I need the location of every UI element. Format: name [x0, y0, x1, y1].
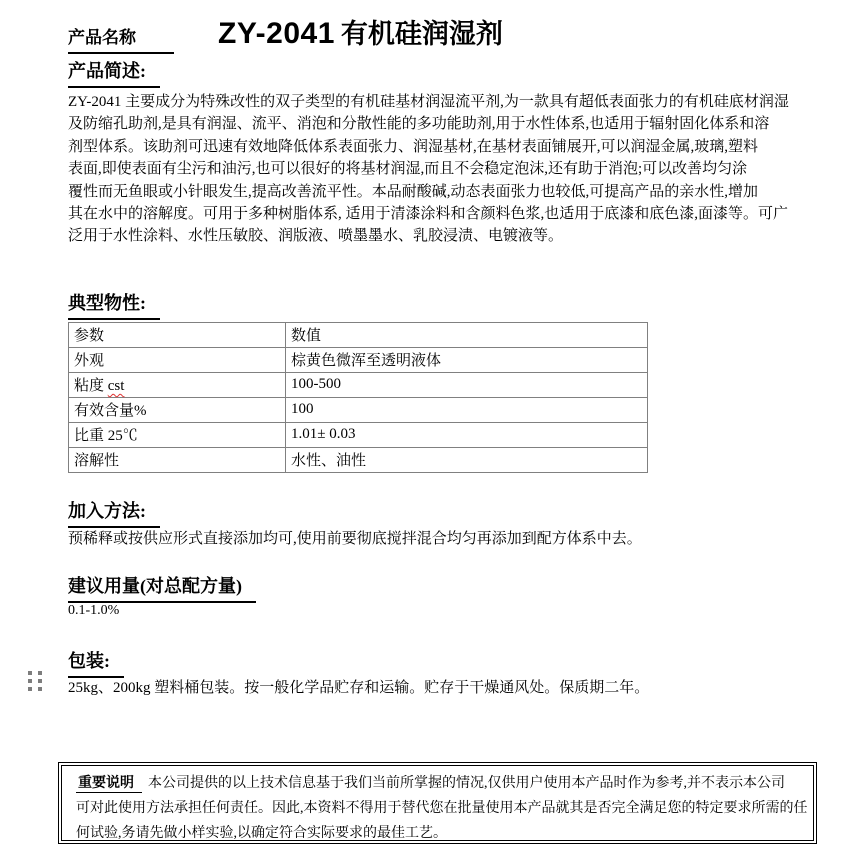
note-text: 本公司提供的以上技术信息基于我们当前所掌握的情况,仅供用户使用本产品时作为参考,…	[148, 776, 785, 791]
product-name-label: 产品名称	[68, 23, 174, 54]
note-line: 可对此使用方法承担任何责任。因此,本资料不得用于替代您在批量使用本产品就其是否完…	[76, 796, 801, 821]
table-cell-value: 数值	[286, 323, 648, 348]
table-cell-param: 参数	[69, 323, 286, 348]
overview-line: ZY-2041 主要成分为特殊改性的双子类型的有机硅基材润湿流平剂,为一款具有超…	[68, 91, 853, 113]
properties-heading: 典型物性:	[68, 289, 160, 320]
table-cell-param: 有效含量%	[69, 398, 286, 423]
table-cell-value: 棕黄色微浑至透明液体	[286, 348, 648, 373]
document-header: 产品名称 ZY-2041有机硅润湿剂	[68, 12, 503, 54]
dosage-text: 0.1-1.0%	[68, 603, 119, 619]
table-cell-value: 100	[286, 398, 648, 423]
packaging-heading: 包装:	[68, 647, 124, 678]
overview-paragraph: ZY-2041 主要成分为特殊改性的双子类型的有机硅基材润湿流平剂,为一款具有超…	[68, 91, 853, 248]
note-line: 何试验,务请先做小样实验,以确定符合实际要求的最佳工艺。	[76, 821, 801, 846]
overview-line: 泛用于水性涂料、水性压敏胶、润版液、喷墨墨水、乳胶浸渍、电镀液等。	[68, 225, 853, 247]
packaging-text: 25kg、200kg 塑料桶包装。按一般化学品贮存和运输。贮存于干燥通风处。保质…	[68, 676, 649, 697]
overview-line: 剂型体系。该助剂可迅速有效地降低体系表面张力、润湿基材,在基材表面铺展开,可以润…	[68, 136, 853, 158]
table-cell-value: 1.01± 0.03	[286, 423, 648, 448]
overview-line: 及防缩孔助剂,是具有润湿、流平、消泡和分散性能的多功能助剂,用于水性体系,也适用…	[68, 113, 853, 135]
table-row-viscosity: 粘度 cst 100-500	[69, 373, 648, 398]
note-title: 重要说明	[76, 776, 142, 793]
dosage-heading: 建议用量(对总配方量)	[68, 572, 256, 603]
addition-text: 预稀释或按供应形式直接添加均可,使用前要彻底搅拌混合均匀再添加到配方体系中去。	[68, 527, 642, 548]
param-unit-misspelled: cst	[108, 378, 125, 394]
table-cell-param: 溶解性	[69, 448, 286, 473]
table-row-solubility: 溶解性 水性、油性	[69, 448, 648, 473]
overview-line: 覆性而无鱼眼或小针眼发生,提高改善流平性。本品耐酸碱,动态表面张力也较低,可提高…	[68, 181, 853, 203]
table-cell-param: 粘度 cst	[69, 373, 286, 398]
product-title-cn: 有机硅润湿剂	[341, 19, 503, 49]
overview-line: 其在水中的溶解度。可用于多种树脂体系, 适用于清漆涂料和含颜料色浆,也适用于底漆…	[68, 203, 853, 225]
table-cell-value: 水性、油性	[286, 448, 648, 473]
properties-table: 参数 数值 外观 棕黄色微浑至透明液体 粘度 cst 100-500 有效含量%…	[68, 322, 648, 473]
dot	[28, 687, 32, 691]
param-text: 粘度	[74, 378, 104, 394]
drag-handle-icon	[28, 671, 42, 691]
dot	[38, 671, 42, 675]
table-cell-param: 外观	[69, 348, 286, 373]
important-note-box: 重要说明本公司提供的以上技术信息基于我们当前所掌握的情况,仅供用户使用本产品时作…	[58, 762, 817, 844]
addition-heading: 加入方法:	[68, 497, 160, 528]
product-code: ZY-2041	[218, 17, 335, 50]
note-line: 重要说明本公司提供的以上技术信息基于我们当前所掌握的情况,仅供用户使用本产品时作…	[76, 771, 801, 796]
table-cell-value: 100-500	[286, 373, 648, 398]
dot	[38, 687, 42, 691]
document-page: 产品名称 ZY-2041有机硅润湿剂 产品简述: ZY-2041 主要成分为特殊…	[0, 0, 867, 852]
table-row-specific-gravity: 比重 25℃ 1.01± 0.03	[69, 423, 648, 448]
table-cell-param: 比重 25℃	[69, 423, 286, 448]
dot	[28, 671, 32, 675]
overview-heading: 产品简述:	[68, 57, 160, 88]
table-header-row: 参数 数值	[69, 323, 648, 348]
overview-line: 表面,即使表面有尘污和油污,也可以很好的将基材润湿,而且不会稳定泡沫,还有助于消…	[68, 158, 853, 180]
dot	[28, 679, 32, 683]
dot	[38, 679, 42, 683]
table-row-active-content: 有效含量% 100	[69, 398, 648, 423]
product-title: ZY-2041有机硅润湿剂	[218, 12, 503, 51]
table-row-appearance: 外观 棕黄色微浑至透明液体	[69, 348, 648, 373]
